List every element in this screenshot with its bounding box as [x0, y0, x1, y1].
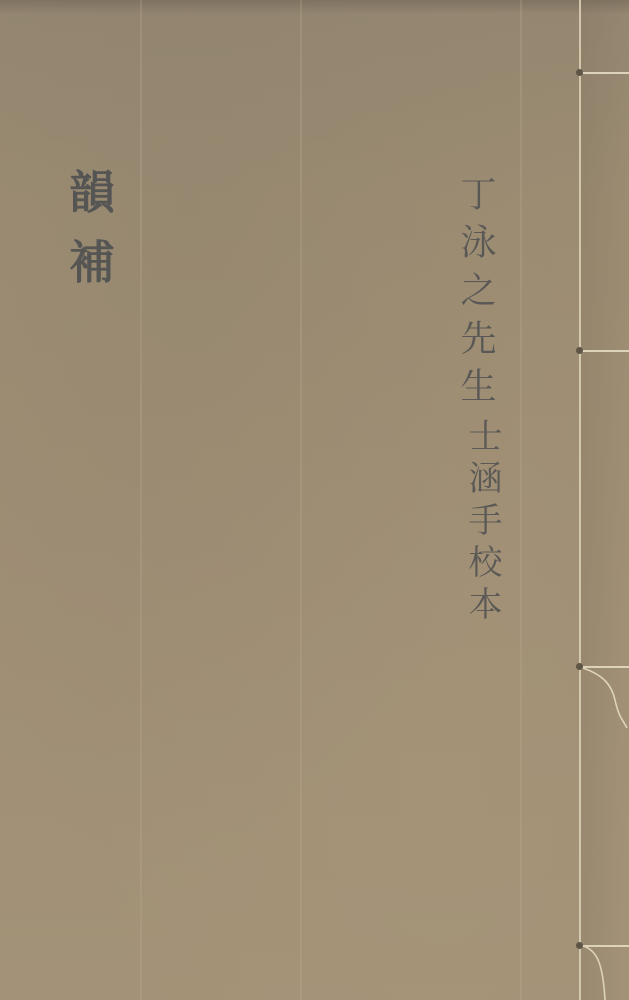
- binding-thread: [579, 72, 629, 74]
- binding-thread-vertical: [579, 0, 581, 1000]
- binding-thread: [579, 350, 629, 352]
- paper-crease: [520, 0, 522, 1000]
- top-edge-shadow: [0, 0, 629, 14]
- book-title: 韻補: [56, 168, 122, 308]
- binding-margin: [581, 0, 629, 1000]
- binding-thread: [579, 666, 629, 668]
- binding-hole-icon: [576, 347, 583, 354]
- binding-hole-icon: [576, 69, 583, 76]
- inscription-collation-note: 士涵手校本: [458, 418, 507, 628]
- binding-hole-icon: [576, 942, 583, 949]
- binding-hole-icon: [576, 663, 583, 670]
- inscription-author: 丁泳之先生: [450, 175, 501, 415]
- paper-crease: [140, 0, 142, 1000]
- book-cover: 韻補 丁泳之先生 士涵手校本: [0, 0, 629, 1000]
- binding-thread: [579, 945, 629, 947]
- paper-crease: [300, 0, 302, 1000]
